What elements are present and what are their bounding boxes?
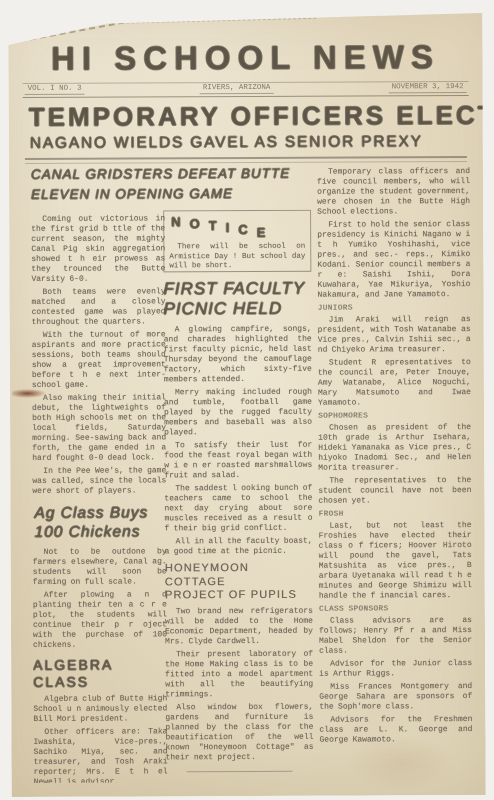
- right-column-block: JUNIORS: [318, 303, 471, 314]
- paragraph: A glowing campfire, songs, and charades …: [164, 324, 312, 385]
- paragraph: Both teams were evenly matched and a clo…: [31, 287, 165, 328]
- right-column-block: Miss Frances Montgomery and George Sahar…: [319, 682, 472, 713]
- right-column-block: Last, but not least the Froshies have el…: [319, 521, 472, 602]
- ag-article-headline: Ag Class Buys 100 Chickens: [34, 503, 166, 542]
- right-column-block: Student R epresentatives to the council …: [318, 358, 471, 409]
- issue-date: NOVEMBER 3, 1942: [389, 83, 467, 93]
- paragraph: With the turnout of more aspirants and m…: [32, 330, 166, 391]
- right-column-block: Chosen as president of the 10th grade is…: [318, 423, 471, 474]
- paragraph: Algebra club of Butte High School u n an…: [33, 695, 167, 726]
- newspaper-title: HI SCHOOL NEWS: [8, 40, 482, 75]
- football-article-body: Coming out victorious in the first grid …: [31, 214, 166, 497]
- publication-location: RIVERS, ARIZONA: [200, 84, 274, 94]
- paragraph: Two brand new refrigerators will be adde…: [165, 607, 313, 648]
- right-column-block: Advisor for the Junior class is Arthur R…: [319, 659, 472, 680]
- headline-line: ELEVEN IN OPENING GAME: [31, 186, 233, 202]
- ag-article-body: Not to be outdone by farmers elsewhere, …: [33, 547, 167, 651]
- newspaper-page: HI SCHOOL NEWS VOL. I NO. 3 RIVERS, ARIZ…: [8, 13, 485, 797]
- picnic-article-headline: FIRST FACULTY PICNIC HELD: [163, 279, 311, 320]
- notice-box: NOTICE There will be school on Armistice…: [163, 210, 311, 273]
- right-column-block: Class advisors are as follows; Henry Pf …: [319, 616, 472, 657]
- headline-line: Ag Class Buys: [34, 504, 148, 521]
- middle-column: NOTICE There will be school on Armistice…: [163, 210, 314, 785]
- paragraph: Also window box flowers, gardens and fur…: [165, 703, 313, 764]
- right-column-block: FROSH: [318, 509, 471, 520]
- notice-letter: T: [209, 218, 217, 233]
- paragraph: Their present laboratory of the Home Mak…: [165, 650, 313, 701]
- volume-number: VOL. I NO. 3: [25, 85, 85, 95]
- headline-line: CANAL GRIDSTERS DEFEAT BUTTE: [31, 166, 290, 182]
- paragraph: All in all the faculty boast, a good tim…: [165, 536, 313, 557]
- honeymoon-article-headline: HONEYMOON COTTAGE PROJECT OF PUPILS: [165, 561, 313, 603]
- headline-line: PICNIC HELD: [164, 299, 283, 319]
- notice-letter: I: [226, 220, 230, 235]
- paragraph: Also making their initial debut, the lig…: [32, 393, 166, 464]
- football-article-headline: CANAL GRIDSTERS DEFEAT BUTTE ELEVEN IN O…: [31, 164, 326, 204]
- headline-line: FIRST FACULTY: [163, 279, 305, 299]
- algebra-article-headline: ALGEBRA CLASS: [33, 656, 167, 690]
- lead-story-header: TEMPORARY OFFICERS ELECTED NAGANO WIELDS…: [9, 102, 483, 164]
- right-column-block: Temporary class officers and five counci…: [317, 167, 470, 218]
- headline-line: PROJECT OF PUPILS: [165, 589, 297, 602]
- masthead-info-row: VOL. I NO. 3 RIVERS, ARIZONA NOVEMBER 3,…: [23, 81, 469, 98]
- headline-line: HONEYMOON COTTAGE: [165, 562, 249, 588]
- fold-crease-line: [126, 18, 316, 24]
- notice-letter: N: [171, 214, 180, 229]
- right-column-block: Advisors for the Freshmen class are L. K…: [319, 715, 472, 746]
- right-column-block: First to hold the senior class presidenc…: [317, 220, 470, 301]
- masthead: HI SCHOOL NEWS VOL. I NO. 3 RIVERS, ARIZ…: [8, 40, 482, 98]
- algebra-article-body: Algebra club of Butte High School u n an…: [33, 695, 167, 783]
- right-column-block: CLASS SPONSORS: [319, 604, 472, 615]
- paragraph: After plowing a n d planting their ten a…: [33, 590, 167, 651]
- right-column-block: Jim Araki will reign as president, with …: [318, 315, 471, 356]
- right-column: Temporary class officers and five counci…: [317, 167, 473, 790]
- notice-letter: O: [190, 216, 200, 231]
- left-column: Coming out victorious in the first grid …: [31, 214, 167, 783]
- right-column-block: The representatives to the student counc…: [318, 476, 471, 507]
- paragraph: Coming out victorious in the first grid …: [31, 214, 165, 285]
- paragraph: Other officers are: Taka Iwashita, Vice-…: [33, 728, 167, 783]
- paragraph: Not to be outdone by farmers elsewhere, …: [33, 547, 167, 588]
- honeymoon-article-body: Two brand new refrigerators will be adde…: [165, 607, 314, 764]
- lead-headline: TEMPORARY OFFICERS ELECTED: [29, 102, 483, 131]
- end-rule: [186, 771, 293, 772]
- paragraph: To satisfy their lust for food the feast…: [164, 440, 312, 481]
- paragraph: In the Pee Wee's, the game was called, s…: [32, 466, 166, 497]
- notice-letter: C: [238, 222, 247, 237]
- paragraph: The saddest l ooking bunch of teachers c…: [164, 483, 312, 534]
- notice-title: NOTICE: [169, 213, 305, 240]
- paragraph: Merry making included rough and tumble, …: [164, 387, 312, 438]
- right-column-block: SOPHOMORES: [318, 411, 471, 422]
- headline-line: 100 Chickens: [35, 524, 141, 541]
- notice-letter: E: [257, 225, 266, 240]
- lead-subheadline: NAGANO WIELDS GAVEL AS SENIOR PREXY: [30, 133, 483, 153]
- notice-text: There will be school on Armistice Day ! …: [169, 243, 305, 272]
- scan-background: { "colors": { "paper": "#e6ddc4", "ink":…: [0, 0, 494, 800]
- picnic-article-body: A glowing campfire, songs, and charades …: [164, 324, 313, 557]
